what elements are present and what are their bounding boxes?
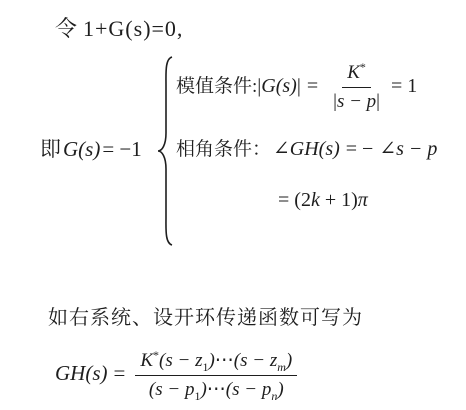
phase-condition-line: 相角条件：∠GH(s)= −∠s − p <box>176 134 437 161</box>
modulus-K: K <box>347 62 360 83</box>
big-left-brace <box>157 55 175 247</box>
modulus-fraction: K*|s − p| <box>328 62 385 113</box>
modulus-den-bar-close: | <box>376 91 380 112</box>
transfer-den-dots: ⋯ <box>207 379 226 400</box>
transfer-den-factor2-sub: n <box>271 389 277 403</box>
phase-fn: GH(s) <box>290 138 340 160</box>
transfer-K-sup: * <box>153 348 159 362</box>
transfer-num-factor2-sub: m <box>277 360 286 374</box>
modulus-label: 模值条件: <box>176 76 257 97</box>
transfer-equals: = <box>114 361 126 385</box>
modulus-K-sup: * <box>360 60 366 74</box>
modulus-fn: G(s) <box>261 75 297 97</box>
transfer-den-factor2: (s − p <box>226 379 272 400</box>
modulus-den-expr: s − p <box>337 91 376 112</box>
phase2-k: k <box>311 189 320 211</box>
transfer-num-factor2: (s − z <box>234 350 277 371</box>
transfer-K: K <box>140 350 153 371</box>
modulus-result: = 1 <box>391 75 417 97</box>
transfer-numerator: K*(s − z1)⋯(s − zm) <box>135 350 297 376</box>
transfer-denominator: (s − p1)⋯(s − pn) <box>144 376 289 401</box>
angle-symbol-2: ∠ <box>379 138 396 160</box>
intro-line: 令1+G(s)=0, <box>55 12 183 43</box>
modulus-numerator: K* <box>342 62 371 88</box>
transfer-function-formula: GH(s)=K*(s − z1)⋯(s − zm)(s − p1)⋯(s − p… <box>55 350 301 401</box>
intro-prefix: 令 <box>55 16 77 41</box>
derivation-left: 即G(s)= −1 <box>40 133 142 163</box>
derivation-fn: G(s) <box>63 137 100 161</box>
transfer-den-factor1: (s − p <box>149 379 195 400</box>
phase-expr: s − p <box>396 138 437 160</box>
system-description-line: 如右系统、设开环传递函数可写为 <box>48 301 363 330</box>
phase-condition-continuation: = (2k + 1)π <box>278 189 368 212</box>
modulus-denominator: |s − p| <box>328 88 385 113</box>
derivation-eq: = −1 <box>102 137 141 161</box>
modulus-condition-line: 模值条件:|G(s)|=K*|s − p|= 1 <box>176 62 417 113</box>
phase2-pi: π <box>358 189 368 211</box>
transfer-num-dots: ⋯ <box>215 350 234 371</box>
transfer-fn: GH(s) <box>55 361 108 385</box>
phase2-plus-close: + 1) <box>320 189 358 211</box>
phase2-eq-open: = (2 <box>278 189 311 211</box>
transfer-fraction: K*(s − z1)⋯(s − zm)(s − p1)⋯(s − pn) <box>135 350 297 401</box>
transfer-num-factor1-sub: 1 <box>202 360 208 374</box>
slide: 令1+G(s)=0, 即G(s)= −1 模值条件:|G(s)|=K*|s − … <box>0 0 466 410</box>
intro-equation: 1+G(s)=0, <box>83 16 183 41</box>
angle-symbol: ∠ <box>273 138 290 160</box>
transfer-num-factor2-close: ) <box>286 350 292 371</box>
transfer-num-factor1: (s − z <box>159 350 202 371</box>
phase-label: 相角条件： <box>176 139 271 160</box>
derivation-prefix: 即 <box>40 137 61 161</box>
system-description-text: 如右系统、设开环传递函数可写为 <box>48 307 363 329</box>
phase-equals: = − <box>346 138 374 160</box>
transfer-den-factor1-sub: 1 <box>194 389 200 403</box>
modulus-equals: = <box>307 75 318 97</box>
transfer-den-factor2-close: ) <box>277 379 283 400</box>
modulus-abs-close: | <box>297 75 301 97</box>
